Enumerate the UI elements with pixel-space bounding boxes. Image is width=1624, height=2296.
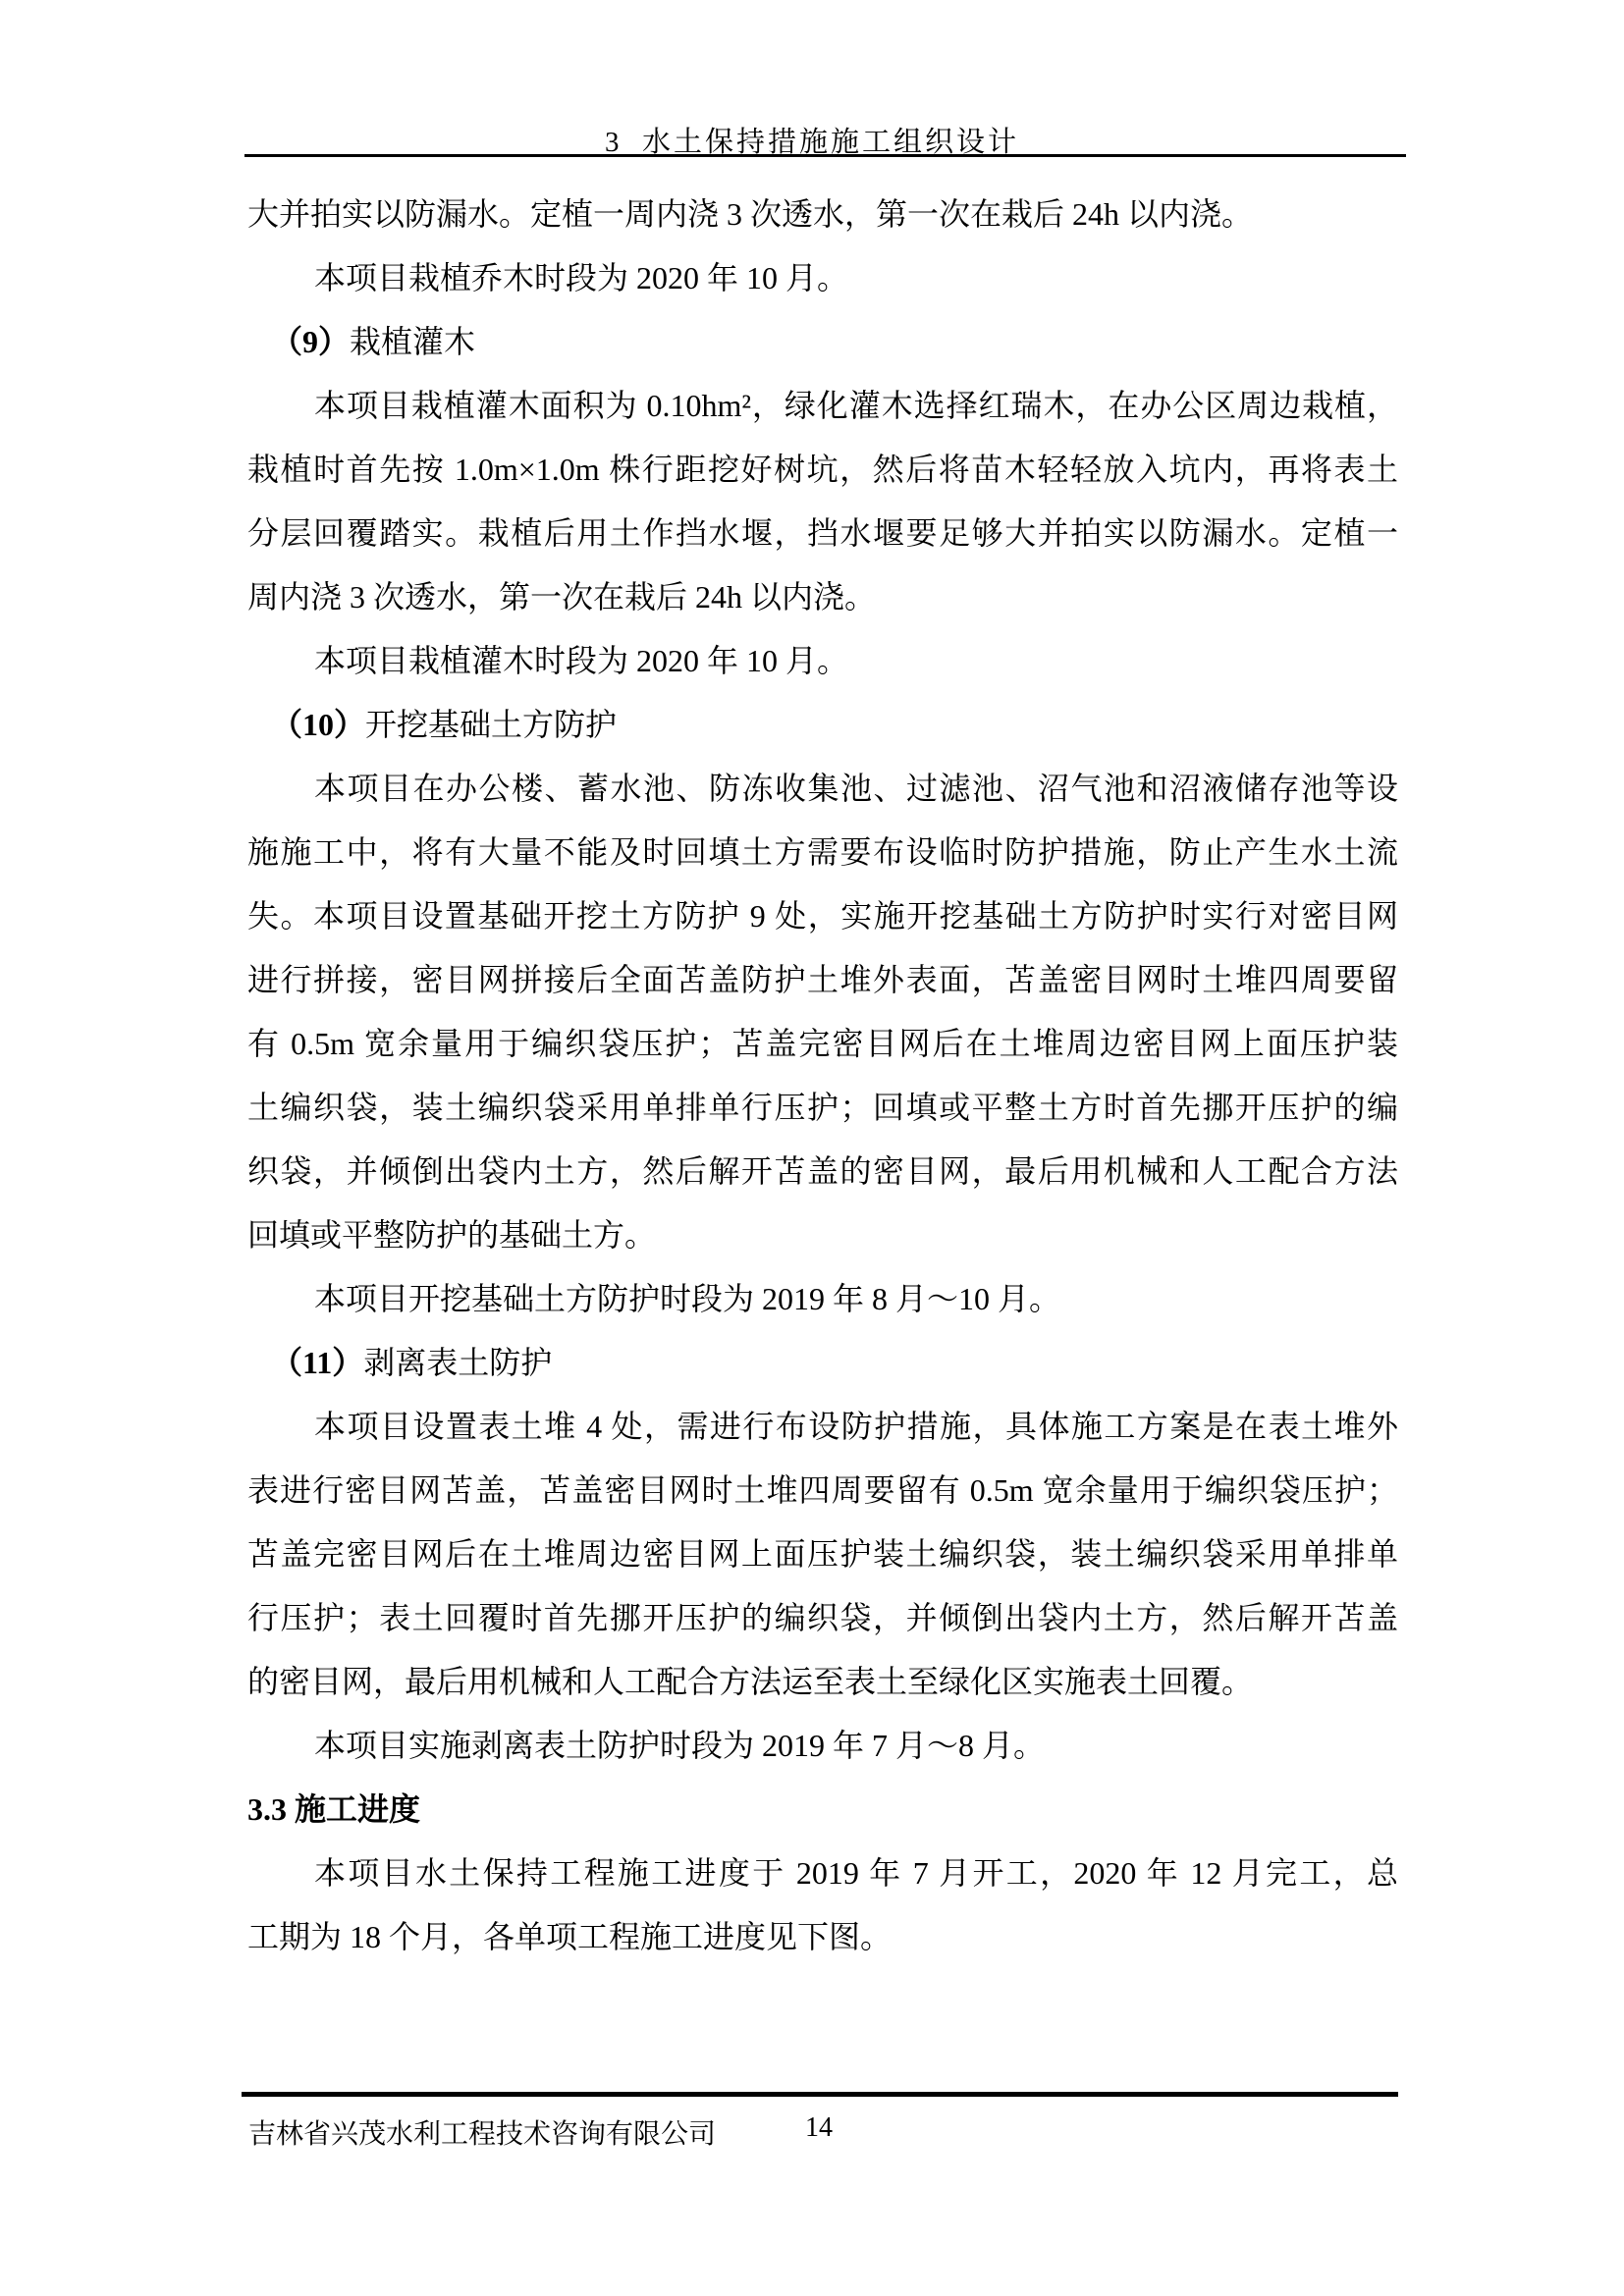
item-title: 开挖基础土方防护 [365,707,617,742]
body-line: 本项目实施剥离表土防护时段为 2019 年 7 月～8 月。 [247,1714,1398,1778]
document-body: 大并拍实以防漏水。定植一周内浇 3 次透水，第一次在栽后 24h 以内浇。本项目… [247,183,1398,1969]
body-line: 本项目栽植乔木时段为 2020 年 10 月。 [247,246,1398,310]
body-line: 的密目网，最后用机械和人工配合方法运至表土至绿化区实施表土回覆。 [247,1650,1398,1714]
body-line: 苫盖完密目网后在土堆周边密目网上面压护装土编织袋，装土编织袋采用单排单 [247,1522,1398,1586]
body-line: 施施工中，将有大量不能及时回填土方需要布设临时防护措施，防止产生水土流 [247,821,1398,884]
header-rule [244,154,1406,157]
body-line: 本项目栽植灌木面积为 0.10hm²，绿化灌木选择红瑞木，在办公区周边栽植， [247,374,1398,438]
item-heading: （10）开挖基础土方防护 [247,693,1398,757]
body-line: 本项目开挖基础土方防护时段为 2019 年 8 月～10 月。 [247,1267,1398,1331]
body-line: 土编织袋，装土编织袋采用单排单行压护；回填或平整土方时首先挪开压护的编 [247,1076,1398,1140]
section-heading: 3.3 施工进度 [247,1778,1398,1842]
item-heading: （9）栽植灌木 [247,310,1398,374]
body-line: 织袋，并倾倒出袋内土方，然后解开苫盖的密目网，最后用机械和人工配合方法 [247,1140,1398,1203]
item-number: （9） [271,324,350,359]
footer-company: 吉林省兴茂水利工程技术咨询有限公司 [248,2112,716,2152]
item-title: 栽植灌木 [350,324,475,359]
body-line: 大并拍实以防漏水。定植一周内浇 3 次透水，第一次在栽后 24h 以内浇。 [247,183,1398,246]
body-line: 回填或平整防护的基础土方。 [247,1203,1398,1267]
body-line: 本项目栽植灌木时段为 2020 年 10 月。 [247,629,1398,693]
item-number: （11） [271,1345,363,1380]
body-line: 本项目设置表土堆 4 处，需进行布设防护措施，具体施工方案是在表土堆外 [247,1395,1398,1459]
body-line: 本项目水土保持工程施工进度于 2019 年 7 月开工，2020 年 12 月完… [247,1842,1398,1905]
item-title: 剥离表土防护 [363,1345,552,1380]
item-number: （10） [271,707,365,742]
body-line: 本项目在办公楼、蓄水池、防冻收集池、过滤池、沼气池和沼液储存池等设 [247,757,1398,821]
body-line: 表进行密目网苫盖，苫盖密目网时土堆四周要留有 0.5m 宽余量用于编织袋压护； [247,1459,1398,1522]
item-heading: （11）剥离表土防护 [247,1331,1398,1395]
body-line: 失。本项目设置基础开挖土方防护 9 处，实施开挖基础土方防护时实行对密目网 [247,884,1398,948]
body-line: 分层回覆踏实。栽植后用土作挡水堰，挡水堰要足够大并拍实以防漏水。定植一 [247,502,1398,565]
body-line: 有 0.5m 宽余量用于编织袋压护；苫盖完密目网后在土堆周边密目网上面压护装 [247,1012,1398,1076]
body-line: 行压护；表土回覆时首先挪开压护的编织袋，并倾倒出袋内土方，然后解开苫盖 [247,1586,1398,1650]
body-line: 栽植时首先按 1.0m×1.0m 株行距挖好树坑，然后将苗木轻轻放入坑内，再将表… [247,438,1398,502]
footer-rule [242,2092,1398,2097]
body-line: 周内浇 3 次透水，第一次在栽后 24h 以内浇。 [247,565,1398,629]
page: 3 水土保持措施施工组织设计 大并拍实以防漏水。定植一周内浇 3 次透水，第一次… [0,0,1624,2296]
body-line: 进行拼接，密目网拼接后全面苫盖防护土堆外表面，苫盖密目网时土堆四周要留 [247,948,1398,1012]
page-number: 14 [805,2112,833,2144]
body-line: 工期为 18 个月，各单项工程施工进度见下图。 [247,1905,1398,1969]
